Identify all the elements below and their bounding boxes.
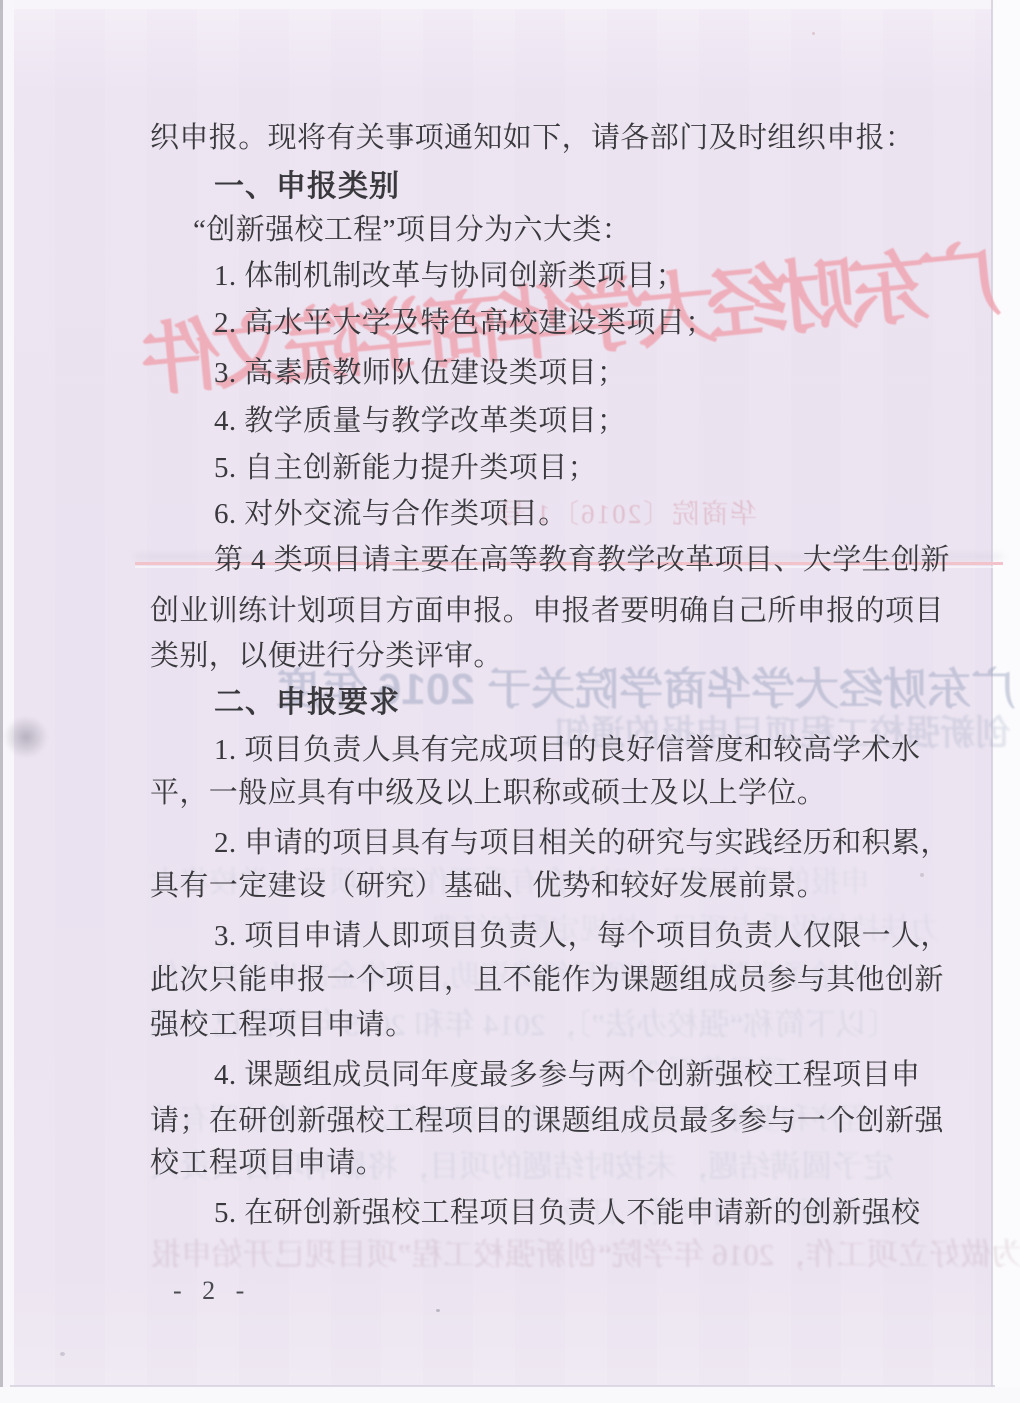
section-heading: 一、申报类别 <box>214 161 400 205</box>
text-line: 具有一定建设（研究）基础、优势和较好发展前景。 <box>150 863 826 904</box>
text-line: 3. 项目申请人即项目负责人，每个项目负责人仅限一人， <box>214 913 950 954</box>
page-number: - 2 - <box>173 1276 251 1306</box>
text-line: 强校工程项目申请。 <box>150 1002 415 1043</box>
text-line: 4. 课题组成员同年度最多参与两个创新强校工程项目申 <box>214 1052 920 1093</box>
text-line: 1. 项目负责人具有完成项目的良好信誉度和较高学术水 <box>214 727 920 768</box>
text-line: 2. 高水平大学及特色高校建设类项目； <box>214 300 715 341</box>
text-line: 1. 体制机制改革与协同创新类项目； <box>214 253 685 294</box>
text-line: “创新强校工程”项目分为六大类： <box>193 207 631 248</box>
text-line: 4. 教学质量与教学改革类项目； <box>214 398 626 439</box>
text-line: 此次只能申报一个项目，且不能作为课题组成员参与其他创新 <box>150 957 944 998</box>
bleed-row: 为做好立项工作，2016 年学院“创新强校工程”项目现已开始申报 <box>150 1229 1020 1274</box>
text-line: 5. 自主创新能力提升类项目； <box>214 445 597 486</box>
text-line: 3. 高素质教师队伍建设类项目； <box>214 350 626 391</box>
text-line: 第 4 类项目请主要在高等教育教学改革项目、大学生创新 <box>214 537 950 578</box>
text-line: 织申报。现将有关事项通知如下，请各部门及时组织申报： <box>150 115 914 156</box>
speck <box>60 1352 65 1356</box>
text-line: 2. 申请的项目具有与项目相关的研究与实践经历和积累， <box>214 820 950 861</box>
text-line: 6. 对外交流与合作类项目。 <box>214 491 568 532</box>
text-line: 平，一般应具有中级及以上职称或硕士及以上学位。 <box>150 770 826 811</box>
text-line: 请；在研创新强校工程项目的课题组成员最多参与一个创新强 <box>150 1098 944 1139</box>
smudge-mark <box>4 716 48 758</box>
section-heading: 二、申报要求 <box>214 677 400 721</box>
speck <box>812 32 815 35</box>
text-line: 5. 在研创新强校工程项目负责人不能申请新的创新强校 <box>214 1190 920 1231</box>
scanned-document-page: 广东财经大学华商学院文件 华商院〔2016〕1 号 广东财经大学华商学院关于 2… <box>0 0 1020 1403</box>
paper-edge-bottom <box>0 1387 1020 1403</box>
text-line: 创业训练计划项目方面申报。申报者要明确自己所申报的项目 <box>150 588 944 629</box>
paper-edge-top <box>0 0 1020 9</box>
text-line: 类别，以便进行分类评审。 <box>150 633 503 674</box>
speck <box>436 1309 440 1312</box>
speck <box>920 873 924 877</box>
text-line: 校工程项目申请。 <box>150 1140 385 1181</box>
paper-edge-left <box>3 0 14 1403</box>
